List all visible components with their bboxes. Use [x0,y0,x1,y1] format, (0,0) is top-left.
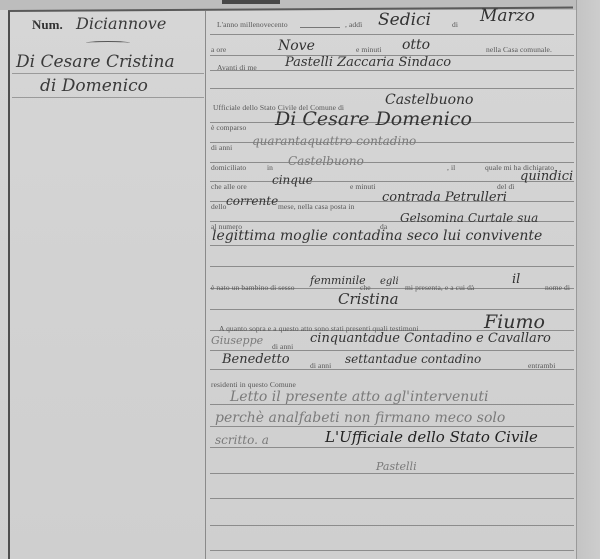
left-rule [12,97,204,98]
eta-label: di anni [211,143,232,152]
contrada-value: contrada Petrulleri [382,190,507,205]
sesso-value: femminile [310,274,366,287]
closing-line-2: perchè analfabeti non firmano meco solo [215,410,505,426]
di-label: di [452,20,458,29]
rule [210,426,574,427]
mother-line2: legittima moglie contadina seco lui conv… [212,228,542,244]
mese-label: mese, nella casa posta in [278,202,354,211]
subject-name: Di Cesare Cristina [16,52,175,72]
di-anni-label: di anni [272,342,293,351]
comune-value: Castelbuono [385,92,473,108]
subject-father: di Domenico [40,76,148,96]
rule [210,525,574,526]
dello-label: dello [211,202,227,211]
avanti-label: Avanti di me [217,63,257,72]
rule [210,369,574,370]
minutes-value: otto [402,37,430,53]
addi-label: , addì [345,20,362,29]
month-value: Marzo [480,6,535,26]
presenta-label: mi presenta, e a cui dà [405,283,474,292]
witness1-name: Giuseppe [211,334,263,347]
right-margin [577,0,600,559]
in-label: in [267,163,273,172]
birth-hour-value: cinque [272,173,313,187]
officer-signature-title: L'Ufficiale dello Stato Civile [325,428,538,446]
domicilio-label: domiciliato [211,163,246,172]
entrambi-label: entrambi [528,361,555,370]
nato-label: è nato un bambino di sesso [211,283,295,292]
che-alle-ore-label: che alle ore [211,182,247,191]
left-border [8,11,10,559]
rule [210,266,574,267]
mese-value: corrente [226,194,278,208]
birth-day-value: quindici [520,169,573,184]
rule [210,245,574,246]
hour-value: Nove [278,38,315,54]
declarant-value: Di Cesare Domenico [275,108,472,130]
day-value: Sedici [378,10,431,30]
a-ore-label: a ore [211,45,226,54]
comparso-label: è comparso [211,123,246,132]
rule [210,447,574,448]
left-rule [12,73,204,74]
rule [210,498,574,499]
rule [210,473,574,474]
year-label: L'anno millenovecento [217,20,288,29]
rule [210,309,574,310]
witness2-age-occupation: settantadue contadino [345,352,481,366]
officer-value: Pastelli Zaccaria Sindaco [285,55,451,70]
witness1-surname: Fiumo [484,311,545,333]
decorative-swash [86,41,130,45]
e-minuti-label: e minuti [356,45,382,54]
casa-comunale-label: nella Casa comunale. [486,45,552,54]
num-label: Num. [32,17,63,33]
witness2-name: Benedetto [222,352,290,367]
birth-minuti-label: e minuti [350,182,376,191]
record-number: Diciannove [76,14,166,33]
blank-line [300,27,340,28]
rule [210,350,574,351]
column-divider [205,11,206,559]
closing-line-3: scritto. a [215,433,269,447]
nome-label: nome di [545,283,570,292]
residenti-label: residenti in questo Comune [211,380,296,389]
child-name: Cristina [338,290,399,308]
closing-line-1: Letto il presente atto agl'intervenuti [230,389,488,405]
rule [210,70,574,71]
mi-value: egli [380,276,399,287]
rule [210,34,574,35]
di-anni-label-2: di anni [310,361,331,370]
rule [210,88,574,89]
document-page: Num. Diciannove Di Cesare Cristina di Do… [0,0,600,559]
rule [210,550,574,551]
domicilio-value: Castelbuono [288,154,364,168]
il-label: , il [447,163,455,172]
officer-signature-name: Pastelli [376,460,417,473]
mother-value: Gelsomina Curtale sua [400,211,538,225]
header-fragment [222,0,280,4]
il-nome-value: il [512,272,520,287]
eta-value: quarantaquattro contadino [252,134,416,148]
witness1-age-occupation: cinquantadue Contadino e Cavallaro [310,331,551,346]
